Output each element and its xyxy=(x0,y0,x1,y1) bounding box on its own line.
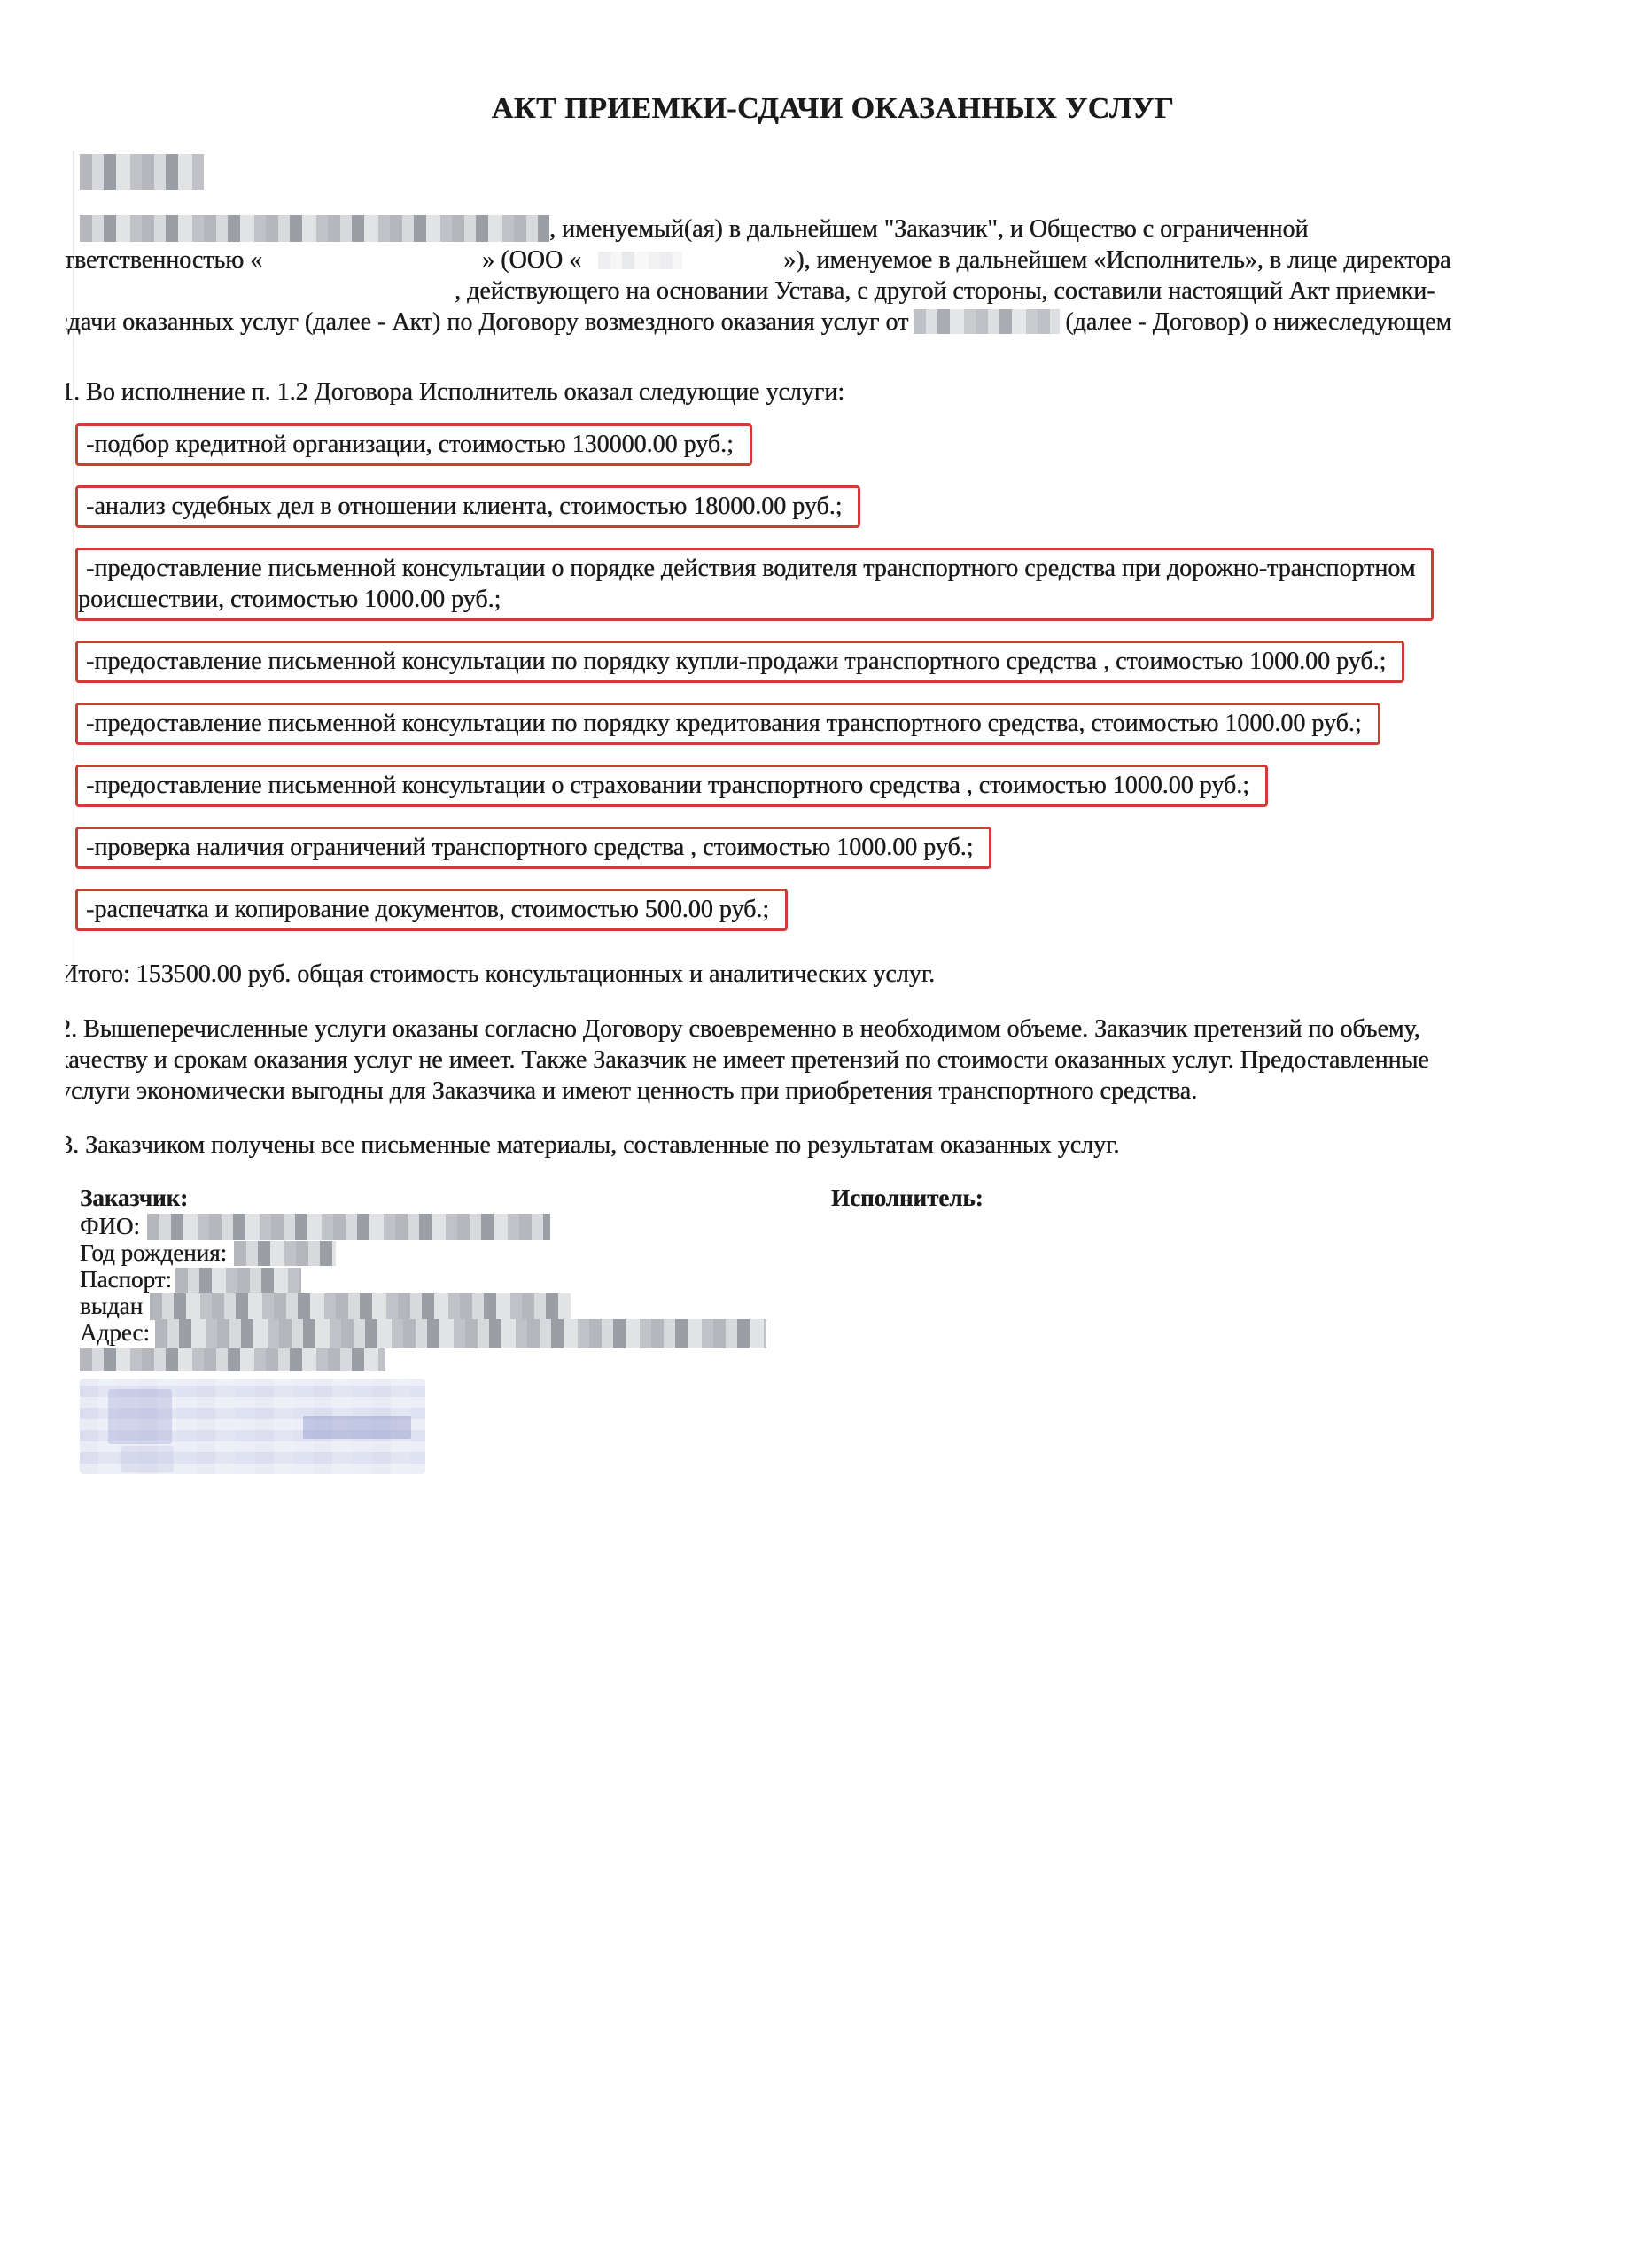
service-text: -предоставление письменной консультации … xyxy=(86,646,1386,677)
birth-label: Год рождения: xyxy=(80,1239,227,1266)
intro-line-1-text: , именуемый(ая) в дальнейшем "Заказчик",… xyxy=(549,215,1308,243)
address-label: Адрес: xyxy=(80,1319,150,1346)
address-row: Адрес: xyxy=(80,1319,1600,1346)
fio-label: ФИО: xyxy=(80,1213,140,1239)
document-page: АКТ ПРИЕМКИ-СДАЧИ ОКАЗАННЫХ УСЛУГ , имен… xyxy=(66,0,1600,2268)
section1-heading: 1. Во исполнение п. 1.2 Договора Исполни… xyxy=(66,377,1600,408)
service-text: -распечатка и копирование документов, ст… xyxy=(86,894,769,925)
intro-line-4-start: сдачи оказанных услуг (далее - Акт) по Д… xyxy=(66,308,908,336)
service-highlight-box-4: -предоставление письменной консультации … xyxy=(75,641,1404,683)
redacted-birth-value xyxy=(234,1241,336,1266)
service-highlight-box-3: -предоставление письменной консультации … xyxy=(75,548,1434,621)
service-text: -анализ судебных дел в отношении клиента… xyxy=(86,491,842,522)
service-text: -предоставление письменной консультации … xyxy=(86,708,1362,739)
intro-line-2: ответственностью «» (ООО «»), именуемое … xyxy=(66,245,1600,276)
redacted-passport-value xyxy=(175,1268,301,1293)
intro-line-3-text: , действующего на основании Устава, с др… xyxy=(455,277,1435,305)
signature-blur-patch xyxy=(108,1389,172,1444)
service-text: -подбор кредитной организации, стоимость… xyxy=(86,429,734,460)
signature-headers: Заказчик: Исполнитель: xyxy=(80,1184,1600,1213)
issued-label: выдан xyxy=(80,1293,143,1319)
service-row: -предоставление письменной консультации … xyxy=(66,765,1600,812)
service-row: -предоставление письменной консультации … xyxy=(66,548,1600,625)
customer-label: Заказчик: xyxy=(80,1184,188,1211)
redacted-address-line2 xyxy=(80,1348,385,1371)
service-highlight-box-2: -анализ судебных дел в отношении клиента… xyxy=(75,485,860,528)
service-text: -проверка наличия ограничений транспортн… xyxy=(86,832,973,863)
redacted-city-date xyxy=(80,154,204,190)
service-text: -предоставление письменной консультации … xyxy=(86,770,1249,801)
section2-paragraph: 2. Вышеперечисленные услуги оказаны согл… xyxy=(66,1014,1600,1107)
passport-row: Паспорт: xyxy=(80,1266,1600,1293)
service-highlight-box-5: -предоставление письменной консультации … xyxy=(75,703,1380,745)
section2-line-2: качеству и срокам оказания услуг не имее… xyxy=(66,1045,1600,1076)
redacted-contract-date xyxy=(914,309,1060,334)
service-row: -предоставление письменной консультации … xyxy=(66,703,1600,750)
intro-line-2-mid: » (ООО « xyxy=(482,246,581,274)
service-highlight-box-6: -предоставление письменной консультации … xyxy=(75,765,1268,807)
redacted-fio-value xyxy=(147,1214,550,1240)
service-row: -проверка наличия ограничений транспортн… xyxy=(66,827,1600,874)
executor-label: Исполнитель: xyxy=(831,1184,984,1213)
redacted-address-value xyxy=(155,1319,766,1348)
birth-row: Год рождения: xyxy=(80,1239,1600,1266)
scanned-act-document: { "page": { "background": "#ffffff", "hi… xyxy=(0,0,1625,2268)
redacted-ooo-name xyxy=(598,252,682,269)
section2-line-3: услуги экономически выгодны для Заказчик… xyxy=(66,1076,1600,1107)
service-row: -распечатка и копирование документов, ст… xyxy=(66,889,1600,936)
service-highlight-box-1: -подбор кредитной организации, стоимость… xyxy=(75,423,752,466)
redacted-customer-name xyxy=(80,215,549,242)
signature-blur-patch xyxy=(303,1416,411,1439)
service-row: -подбор кредитной организации, стоимость… xyxy=(66,423,1600,470)
service-text: -предоставление письменной консультации … xyxy=(86,553,1415,584)
fio-row: ФИО: xyxy=(80,1213,1600,1239)
intro-line-3: , действующего на основании Устава, с др… xyxy=(66,276,1600,307)
intro-line-1: , именуемый(ая) в дальнейшем "Заказчик",… xyxy=(66,214,1600,245)
service-highlight-box-8: -распечатка и копирование документов, ст… xyxy=(75,889,788,931)
handwritten-signature-blur xyxy=(80,1379,425,1474)
service-row: -предоставление письменной консультации … xyxy=(66,641,1600,687)
service-text-wrap: происшествии, стоимостью 1000.00 руб.; xyxy=(75,584,1415,615)
intro-line-4: сдачи оказанных услуг (далее - Акт) по Д… xyxy=(66,307,1600,338)
total-line: Итого: 153500.00 руб. общая стоимость ко… xyxy=(66,959,1600,990)
section2-line-1: 2. Вышеперечисленные услуги оказаны согл… xyxy=(66,1014,1600,1045)
passport-label: Паспорт: xyxy=(80,1266,172,1293)
signature-blur-patch xyxy=(121,1446,174,1472)
service-row: -анализ судебных дел в отношении клиента… xyxy=(66,485,1600,532)
section3-paragraph: 3. Заказчиком получены все письменные ма… xyxy=(66,1130,1600,1161)
intro-line-4-end: (далее - Договор) о нижеследующем xyxy=(1065,308,1451,336)
document-title: АКТ ПРИЕМКИ-СДАЧИ ОКАЗАННЫХ УСЛУГ xyxy=(66,90,1600,128)
intro-paragraph: , именуемый(ая) в дальнейшем "Заказчик",… xyxy=(66,214,1600,338)
service-highlight-box-7: -проверка наличия ограничений транспортн… xyxy=(75,827,991,869)
intro-line-2-start: ответственностью « xyxy=(66,246,262,274)
issued-row: выдан xyxy=(80,1293,1600,1319)
intro-line-2-end: »), именуемое в дальнейшем «Исполнитель»… xyxy=(783,246,1450,274)
redacted-issued-value xyxy=(150,1293,571,1320)
